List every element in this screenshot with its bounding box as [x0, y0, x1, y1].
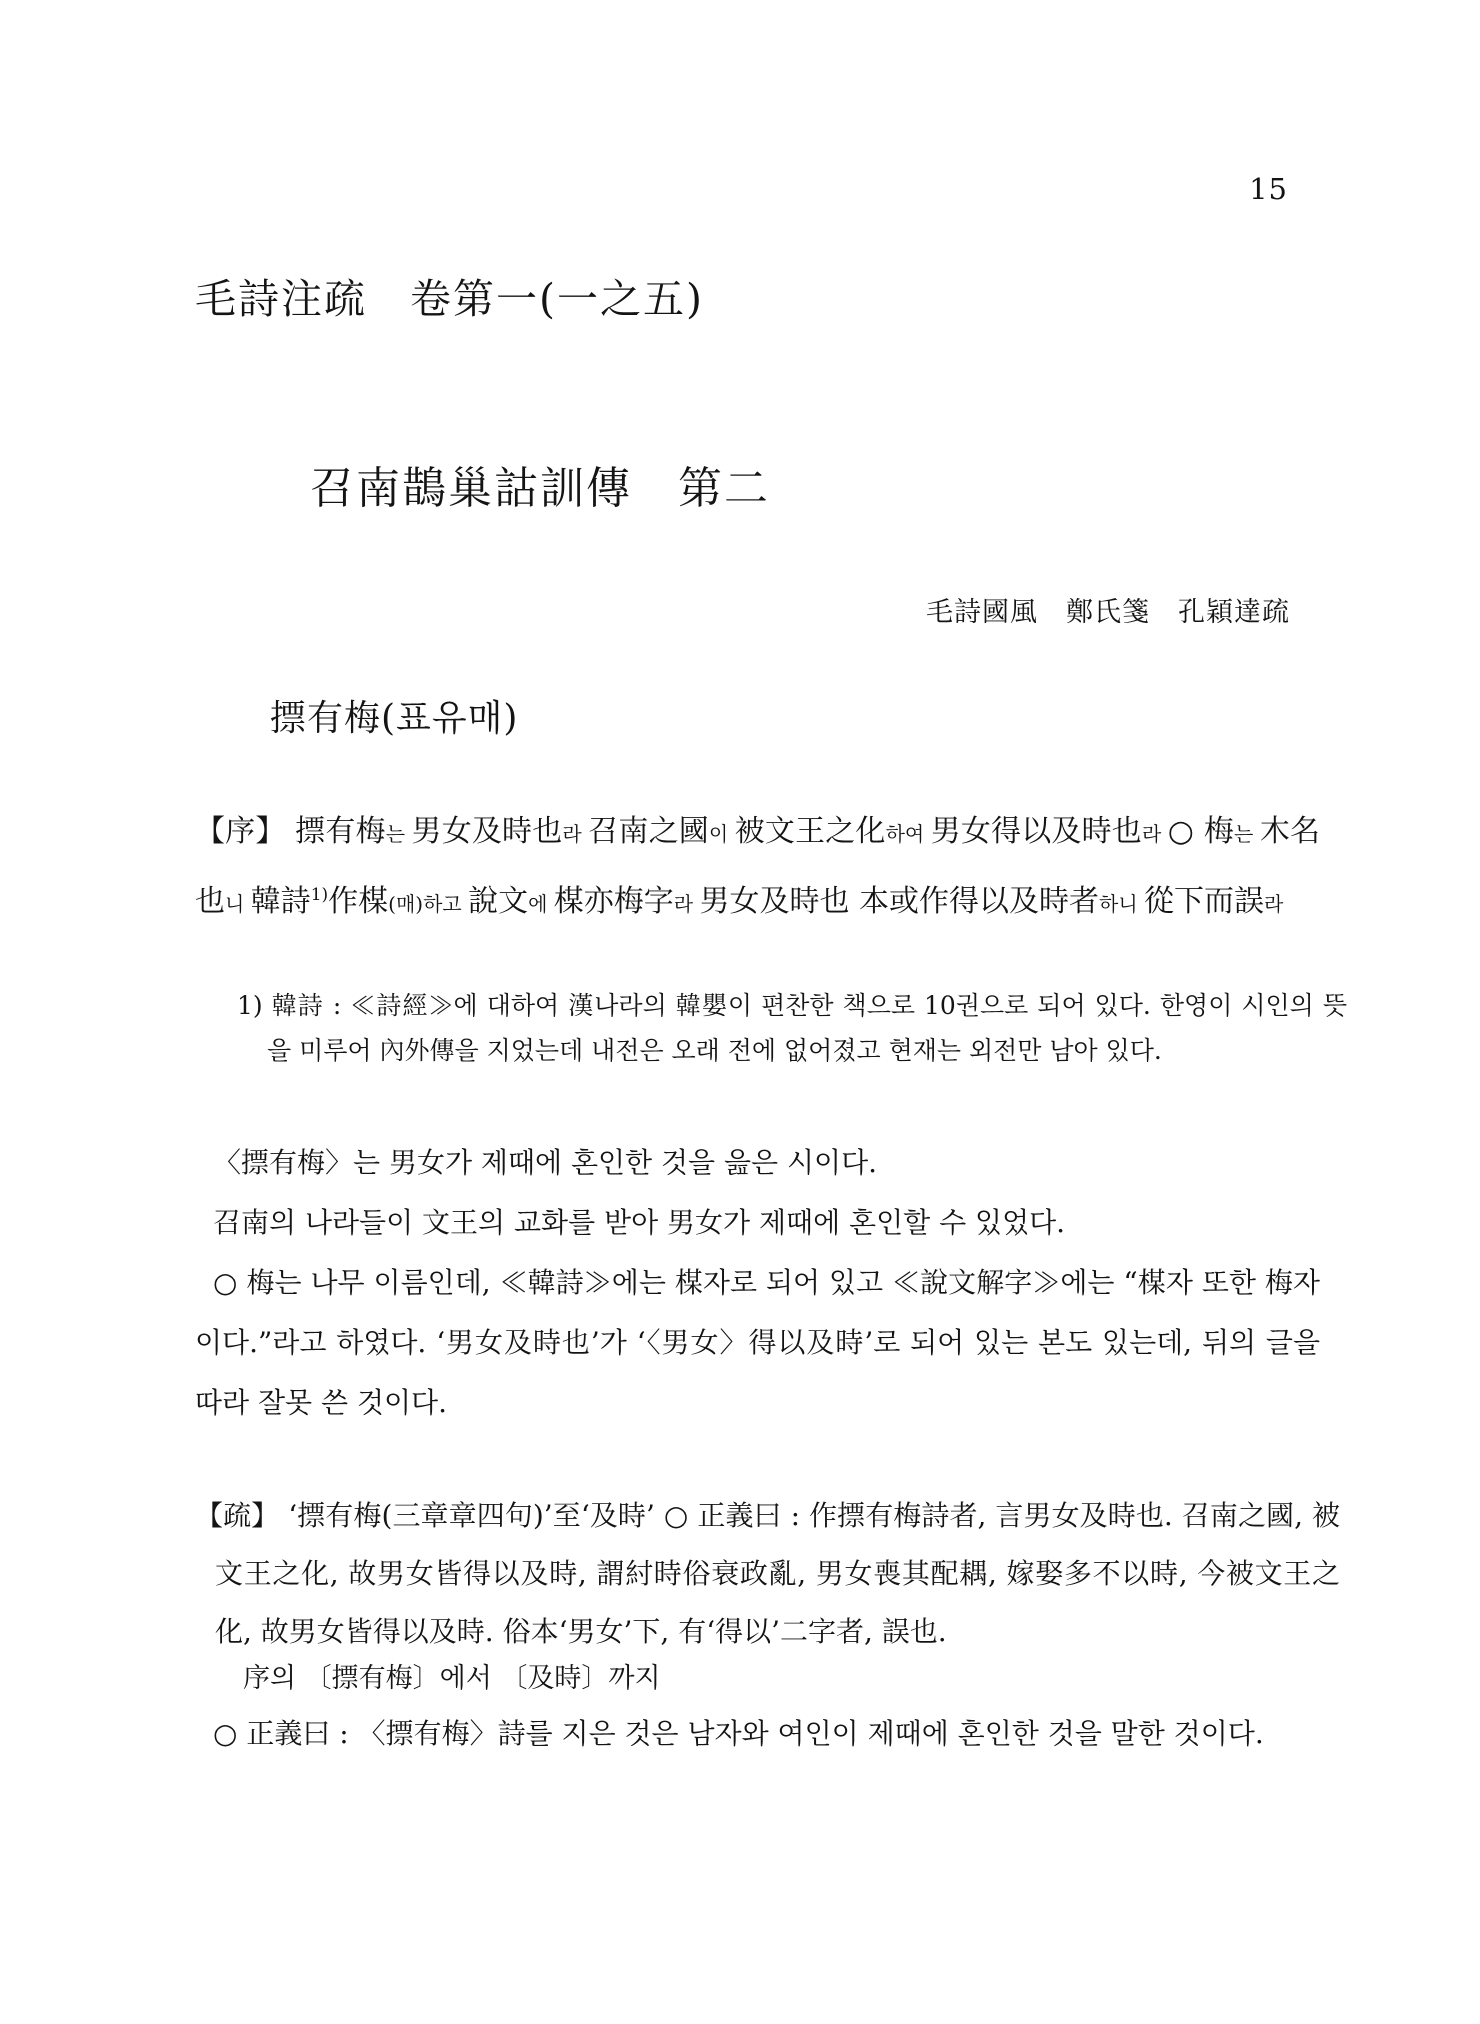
poem-title-reading: (표유매)	[381, 698, 518, 739]
text-segment: 에	[528, 892, 554, 916]
text-segment: 이	[709, 822, 735, 846]
text-segment: 라	[1264, 892, 1283, 916]
footnote-marker: 1)	[237, 991, 272, 1020]
text-segment: 하니	[1099, 892, 1144, 916]
text-segment: 1)	[311, 885, 328, 905]
text-segment: 라	[562, 822, 588, 846]
poem-title: 摽有梅(표유매)	[270, 690, 518, 741]
text-segment: 하고	[423, 892, 468, 916]
text-segment: 楳亦梅字	[554, 884, 674, 919]
text-segment: 는	[386, 822, 412, 846]
text-segment: 라	[1142, 822, 1168, 846]
text-segment: 하여	[886, 822, 931, 846]
text-segment: 【序】	[195, 814, 295, 849]
volume-title: 毛詩注疏 卷第一(一之五)	[195, 266, 704, 325]
text-segment: ○ 梅	[1168, 814, 1234, 849]
text-segment: 摽有梅	[295, 814, 386, 849]
so-range-line: 序의 〔摽有梅〕에서 〔及時〕까지	[243, 1656, 661, 1695]
text-segment: 니	[225, 892, 251, 916]
text-segment: 男女得以及時也	[931, 814, 1142, 849]
text-segment: 는	[1234, 822, 1260, 846]
text-segment: 從下而誤	[1144, 884, 1264, 919]
text-segment: 男女及時也 本或作得以及時者	[699, 884, 1099, 919]
text-segment: 라	[674, 892, 700, 916]
footnote: 1) 韓詩 : ≪詩經≫에 대하여 漢나라의 韓嬰이 편찬한 책으로 10권으로…	[237, 983, 1347, 1073]
text-segment: (매)	[388, 892, 423, 916]
attribution-line: 毛詩國風 鄭氏箋 孔穎達疏	[926, 590, 1290, 629]
text-segment: 說文	[468, 884, 528, 919]
translation-block: 〈摽有梅〉는 男女가 제때에 혼인한 것을 읊은 시이다. 召南의 나라들이 文…	[195, 1133, 1320, 1433]
document-page: 15 毛詩注疏 卷第一(一之五) 召南鵲巢詁訓傳 第二 毛詩國風 鄭氏箋 孔穎達…	[0, 0, 1480, 2024]
section-title: 召南鵲巢詁訓傳 第二	[310, 452, 770, 516]
seo-commentary-paragraph: 【序】 摽有梅는 男女及時也라 召南之國이 被文王之化하여 男女得以及時也라 ○…	[195, 798, 1320, 938]
translation-paragraph: 〈摽有梅〉는 男女가 제때에 혼인한 것을 읊은 시이다.	[195, 1133, 1320, 1193]
text-segment: 召南之國	[588, 814, 709, 849]
page-number: 15	[1249, 172, 1288, 206]
text-segment: 作楳	[328, 884, 388, 919]
text-segment: 男女及時也	[412, 814, 563, 849]
translation-paragraph: ○ 梅는 나무 이름인데, ≪韓詩≫에는 楳자로 되어 있고 ≪說文解字≫에는 …	[195, 1253, 1320, 1433]
so-commentary-paragraph: 【疏】 ‘摽有梅(三章章四句)’至‘及時’ ○ 正義曰 : 作摽有梅詩者, 言男…	[195, 1487, 1340, 1661]
text-segment: 韓詩	[251, 884, 311, 919]
so-translation-paragraph: ○ 正義曰 : 〈摽有梅〉詩를 지은 것은 남자와 여인이 제때에 혼인한 것을…	[195, 1704, 1320, 1764]
poem-title-hanja: 摽有梅	[270, 698, 381, 739]
text-segment: 被文王之化	[735, 814, 886, 849]
footnote-text: 韓詩 : ≪詩經≫에 대하여 漢나라의 韓嬰이 편찬한 책으로 10권으로 되어…	[267, 991, 1347, 1065]
translation-paragraph: 召南의 나라들이 文王의 교화를 받아 男女가 제때에 혼인할 수 있었다.	[195, 1193, 1320, 1253]
